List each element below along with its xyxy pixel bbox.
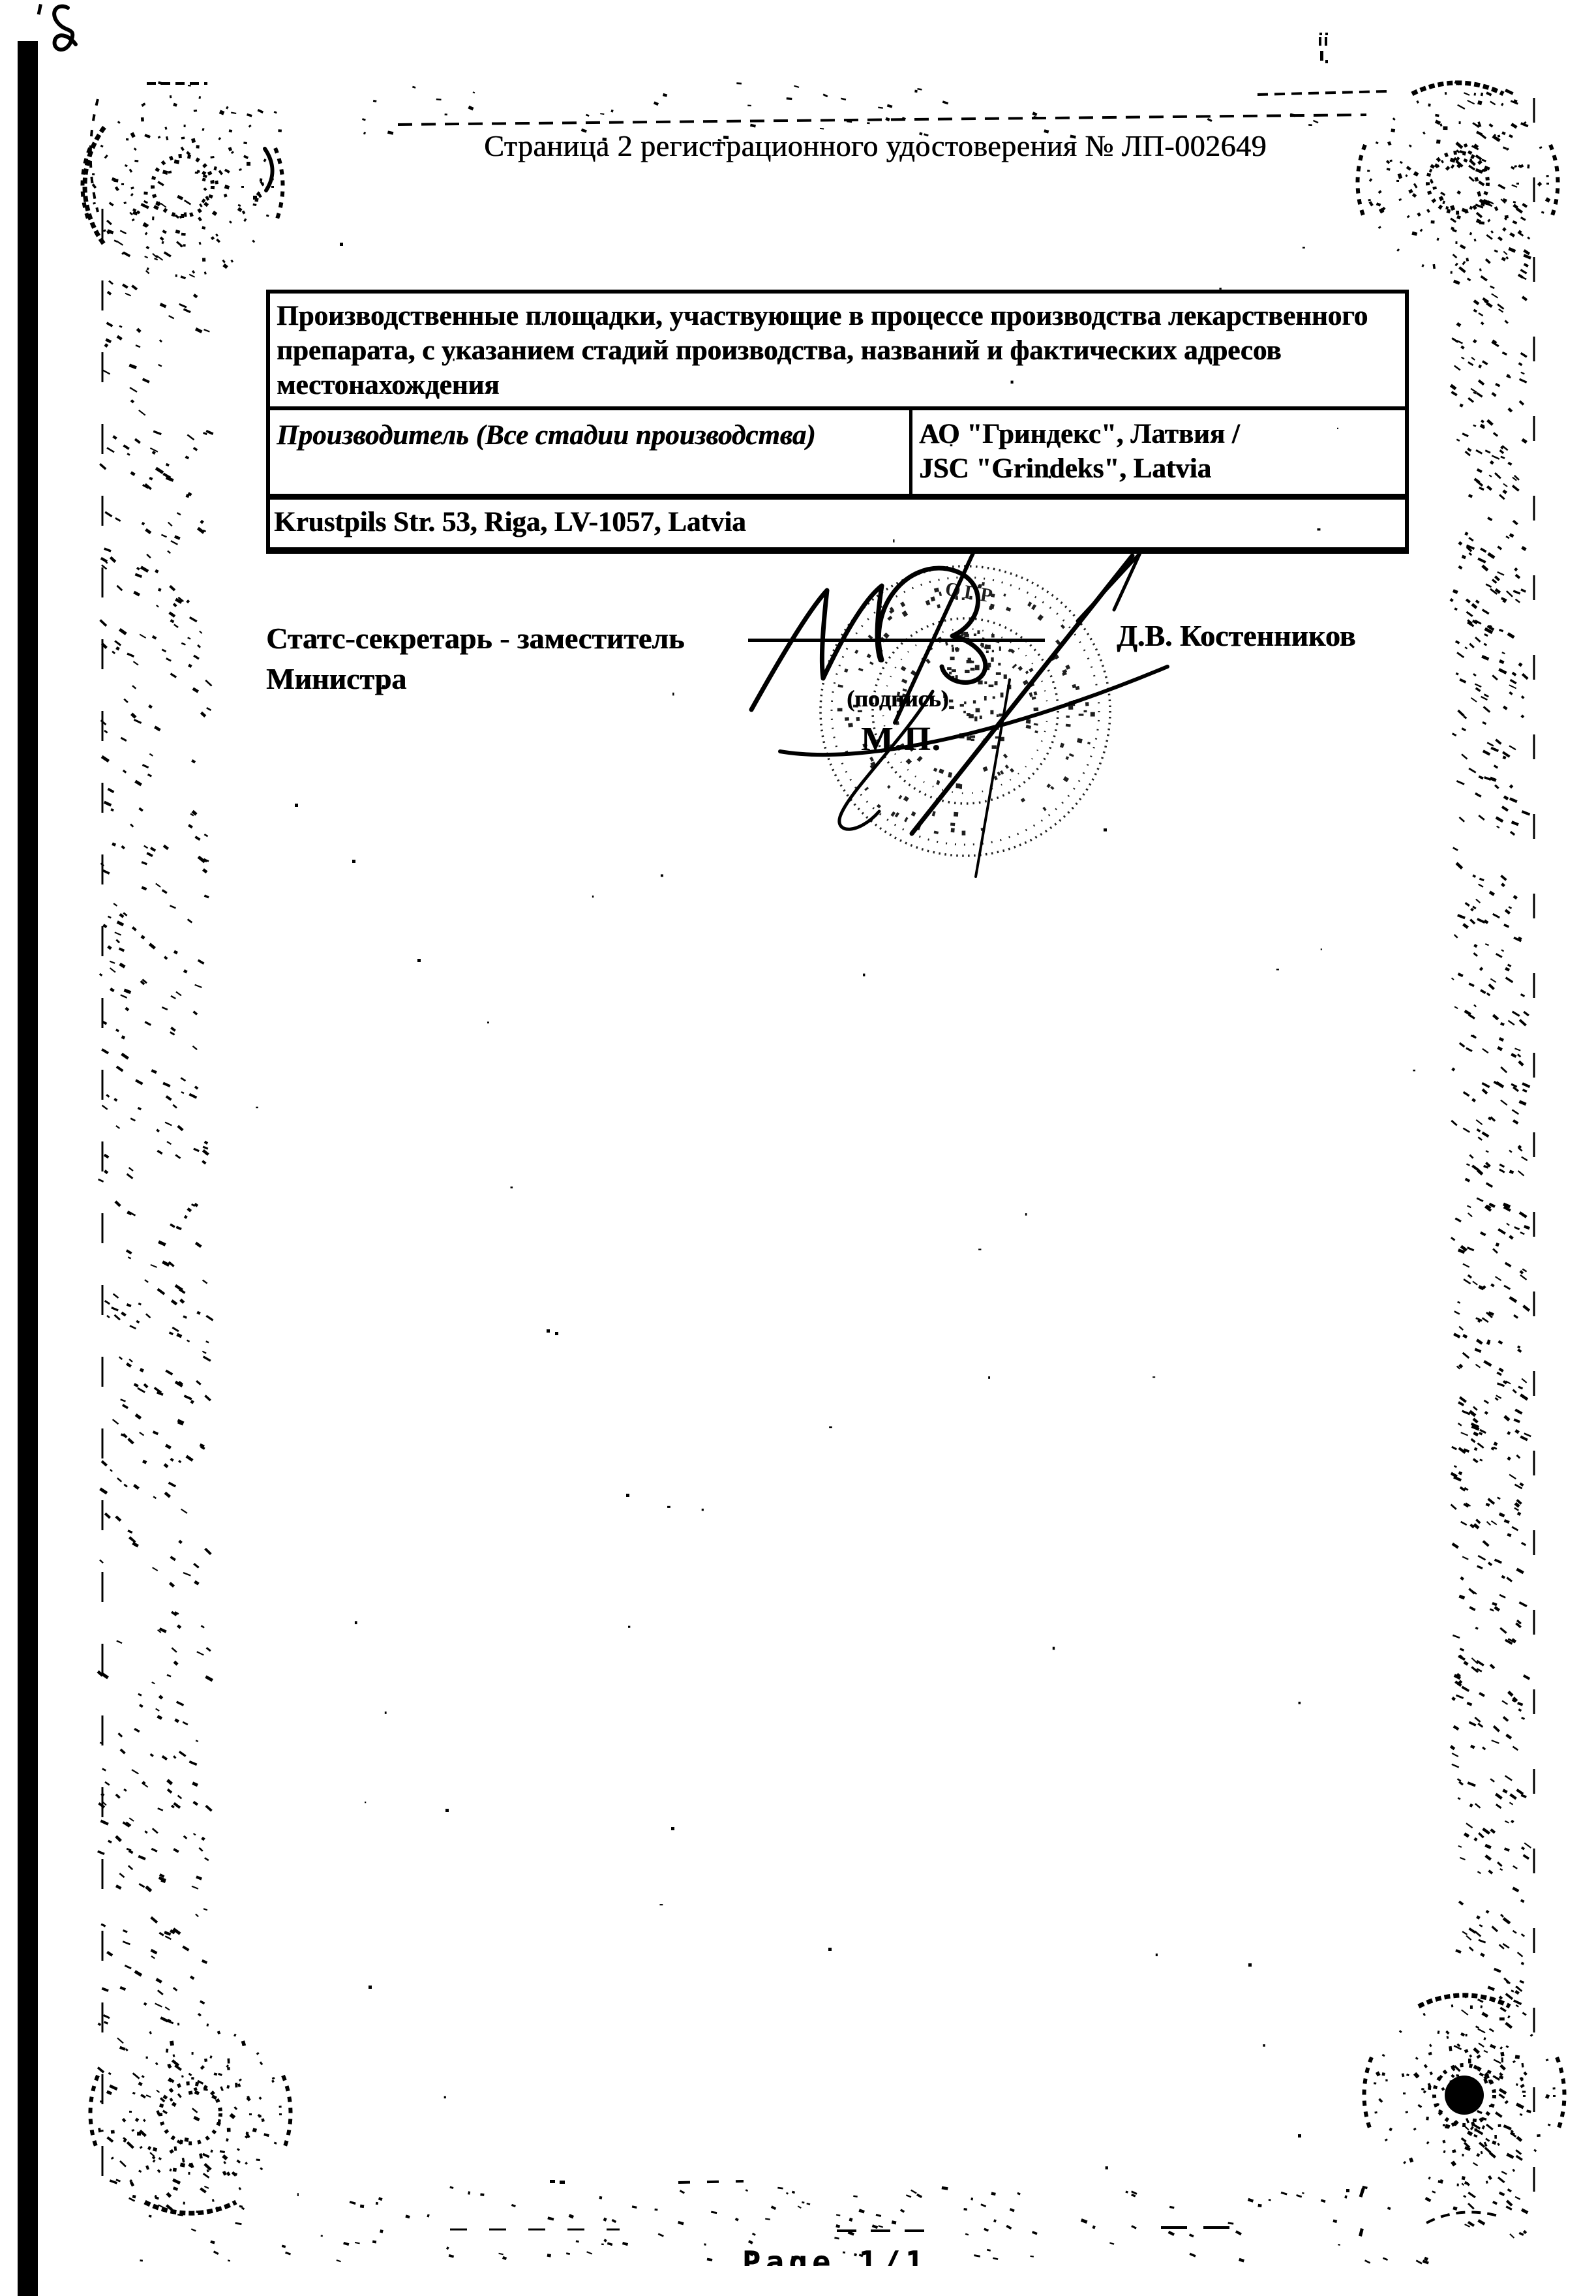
producer-address-cell: Krustpils Str. 53, Riga, LV-1057, Latvia	[270, 500, 1405, 547]
table-header-cell: Производственные площадки, участвующие в…	[270, 294, 1405, 410]
producer-label-cell: Производитель (Все стадии производства)	[270, 410, 912, 494]
producer-value-cell: АО "Гриндекс", Латвия / JSC "Grindeks", …	[912, 410, 1405, 494]
scanned-certificate-page: ОГР Страница 2 регистрационного удостове…	[0, 0, 1596, 2296]
signer-title-line2: Министра	[266, 659, 723, 699]
production-sites-table: Производственные площадки, участвующие в…	[266, 290, 1409, 554]
footer-page-text: Page 1/1	[742, 2244, 929, 2266]
signature-line	[748, 639, 1045, 642]
signer-name: Д.В. Костенников	[1117, 618, 1355, 653]
table-producer-row: Производитель (Все стадии производства) …	[270, 410, 1405, 500]
signature-strokes	[751, 553, 1167, 877]
security-border-right	[1450, 80, 1531, 2239]
producer-value-en: JSC "Grindeks", Latvia	[919, 451, 1401, 486]
security-border-left	[97, 170, 214, 2211]
stamp-visible-text: ОГР	[944, 578, 998, 607]
signature-caption: (подпись)	[847, 685, 948, 712]
scanner-edge-bar	[18, 41, 38, 2296]
corner-rosette-tl	[82, 96, 282, 279]
page-header: Страница 2 регистрационного удостоверени…	[484, 129, 1227, 163]
corner-rosette-tr	[1357, 83, 1558, 273]
corner-rosette-br	[1364, 1995, 1564, 2185]
handwritten-marks	[37, 4, 1328, 200]
corner-rosette-bl	[90, 2023, 290, 2213]
footer-page-indicator: Page 1/1	[742, 2244, 1042, 2266]
seal-placeholder-mp: М.П.	[861, 720, 942, 759]
signer-title: Статс-секретарь - заместитель Министра	[266, 618, 723, 699]
signer-title-line1: Статс-секретарь - заместитель	[266, 618, 723, 659]
producer-value-ru: АО "Гриндекс", Латвия /	[919, 417, 1401, 451]
